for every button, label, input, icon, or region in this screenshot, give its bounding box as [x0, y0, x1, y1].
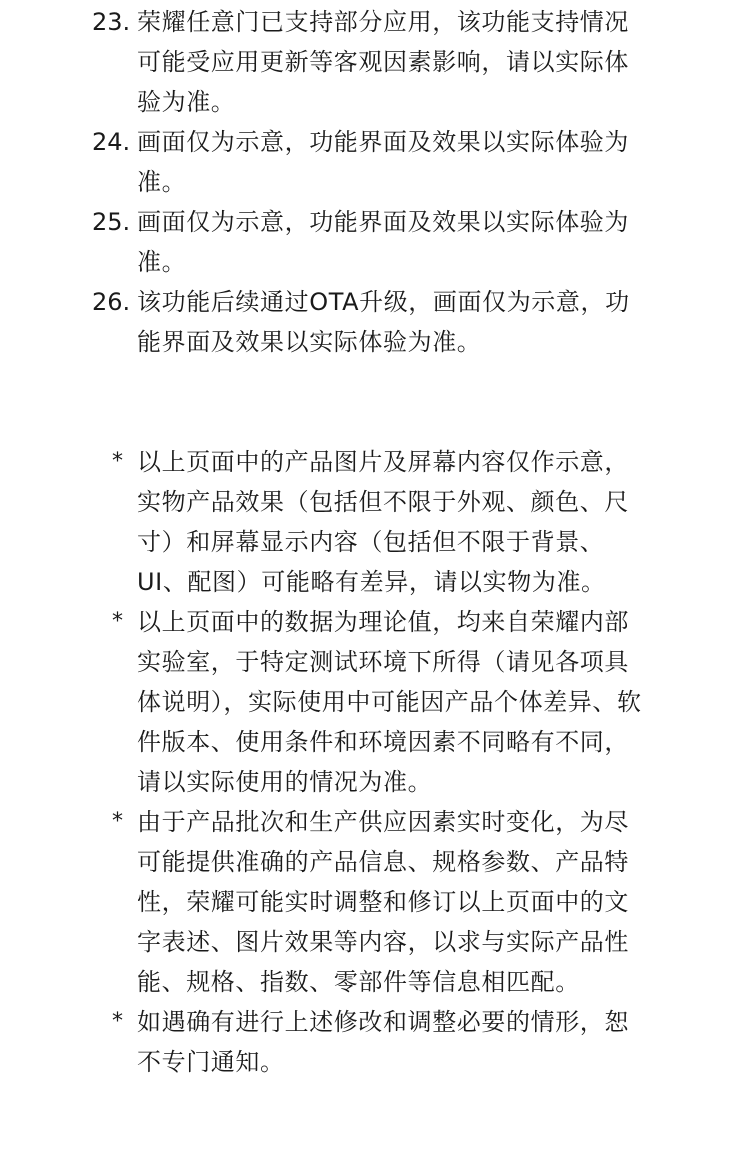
footnote-number: 23. — [92, 2, 130, 42]
disclaimer-text: 如遇确有进行上述修改和调整必要的情形，恕不专门通知。 — [137, 1002, 652, 1082]
disclaimer-text: 以上页面中的产品图片及屏幕内容仅作示意，实物产品效果（包括但不限于外观、颜色、尺… — [137, 442, 652, 602]
footnote-text: 荣耀任意门已支持部分应用，该功能支持情况可能受应用更新等客观因素影响，请以实际体… — [137, 2, 652, 122]
footnote-number: 26. — [92, 282, 130, 322]
disclaimer-text: 以上页面中的数据为理论值，均来自荣耀内部实验室，于特定测试环境下所得（请见各项具… — [137, 602, 652, 802]
footnote-number: 24. — [92, 122, 130, 162]
footnote-text: 该功能后续通过OTA升级，画面仅为示意，功能界面及效果以实际体验为准。 — [137, 282, 652, 362]
footnote-item: 25. 画面仅为示意，功能界面及效果以实际体验为准。 — [92, 202, 652, 282]
footnote-text: 画面仅为示意，功能界面及效果以实际体验为准。 — [137, 202, 652, 282]
disclaimer-item: * 以上页面中的数据为理论值，均来自荣耀内部实验室，于特定测试环境下所得（请见各… — [112, 602, 652, 802]
asterisk-icon: * — [112, 442, 124, 482]
footnote-text: 画面仅为示意，功能界面及效果以实际体验为准。 — [137, 122, 652, 202]
disclaimer-item: * 以上页面中的产品图片及屏幕内容仅作示意，实物产品效果（包括但不限于外观、颜色… — [112, 442, 652, 602]
footnote-list: 23. 荣耀任意门已支持部分应用，该功能支持情况可能受应用更新等客观因素影响，请… — [92, 2, 652, 362]
disclaimer-item: * 如遇确有进行上述修改和调整必要的情形，恕不专门通知。 — [112, 1002, 652, 1082]
footnote-number: 25. — [92, 202, 130, 242]
footnote-item: 23. 荣耀任意门已支持部分应用，该功能支持情况可能受应用更新等客观因素影响，请… — [92, 2, 652, 122]
footnote-item: 26. 该功能后续通过OTA升级，画面仅为示意，功能界面及效果以实际体验为准。 — [92, 282, 652, 362]
disclaimer-text: 由于产品批次和生产供应因素实时变化，为尽可能提供准确的产品信息、规格参数、产品特… — [137, 802, 652, 1002]
asterisk-icon: * — [112, 602, 124, 642]
asterisk-icon: * — [112, 802, 124, 842]
disclaimer-list: * 以上页面中的产品图片及屏幕内容仅作示意，实物产品效果（包括但不限于外观、颜色… — [112, 442, 652, 1082]
footnote-item: 24. 画面仅为示意，功能界面及效果以实际体验为准。 — [92, 122, 652, 202]
asterisk-icon: * — [112, 1002, 124, 1042]
disclaimer-item: * 由于产品批次和生产供应因素实时变化，为尽可能提供准确的产品信息、规格参数、产… — [112, 802, 652, 1002]
